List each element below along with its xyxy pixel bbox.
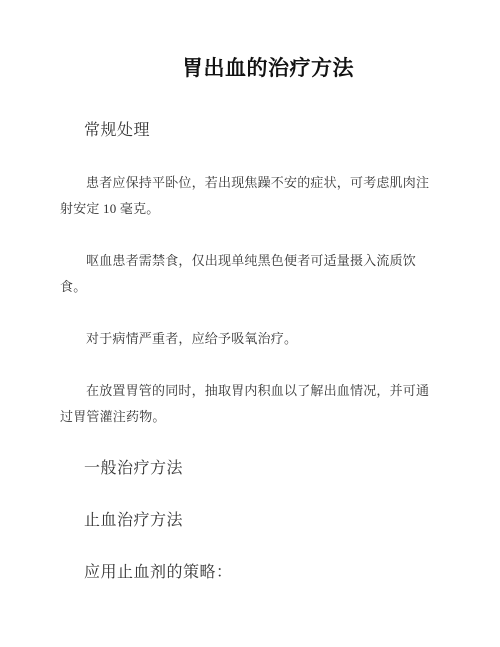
document-title: 胃出血的治疗方法 xyxy=(60,56,440,82)
paragraph: 对于病情严重者，应给予吸氧治疗。 xyxy=(60,326,440,352)
section-heading: 常规处理 xyxy=(60,118,440,144)
section-heading: 一般治疗方法 xyxy=(60,456,440,482)
section-heading: 止血治疗方法 xyxy=(60,508,440,534)
section-heading: 应用止血剂的策略： xyxy=(60,560,440,586)
paragraph: 患者应保持平卧位，若出现焦躁不安的症状，可考虑肌肉注射安定 10 毫克。 xyxy=(60,170,440,222)
document-page: 胃出血的治疗方法 常规处理患者应保持平卧位，若出现焦躁不安的症状，可考虑肌肉注射… xyxy=(0,0,500,647)
paragraph: 呕血患者需禁食，仅出现单纯黑色便者可适量摄入流质饮食。 xyxy=(60,248,440,300)
document-body: 常规处理患者应保持平卧位，若出现焦躁不安的症状，可考虑肌肉注射安定 10 毫克。… xyxy=(60,118,440,586)
paragraph: 在放置胃管的同时，抽取胃内积血以了解出血情况，并可通过胃管灌注药物。 xyxy=(60,378,440,430)
